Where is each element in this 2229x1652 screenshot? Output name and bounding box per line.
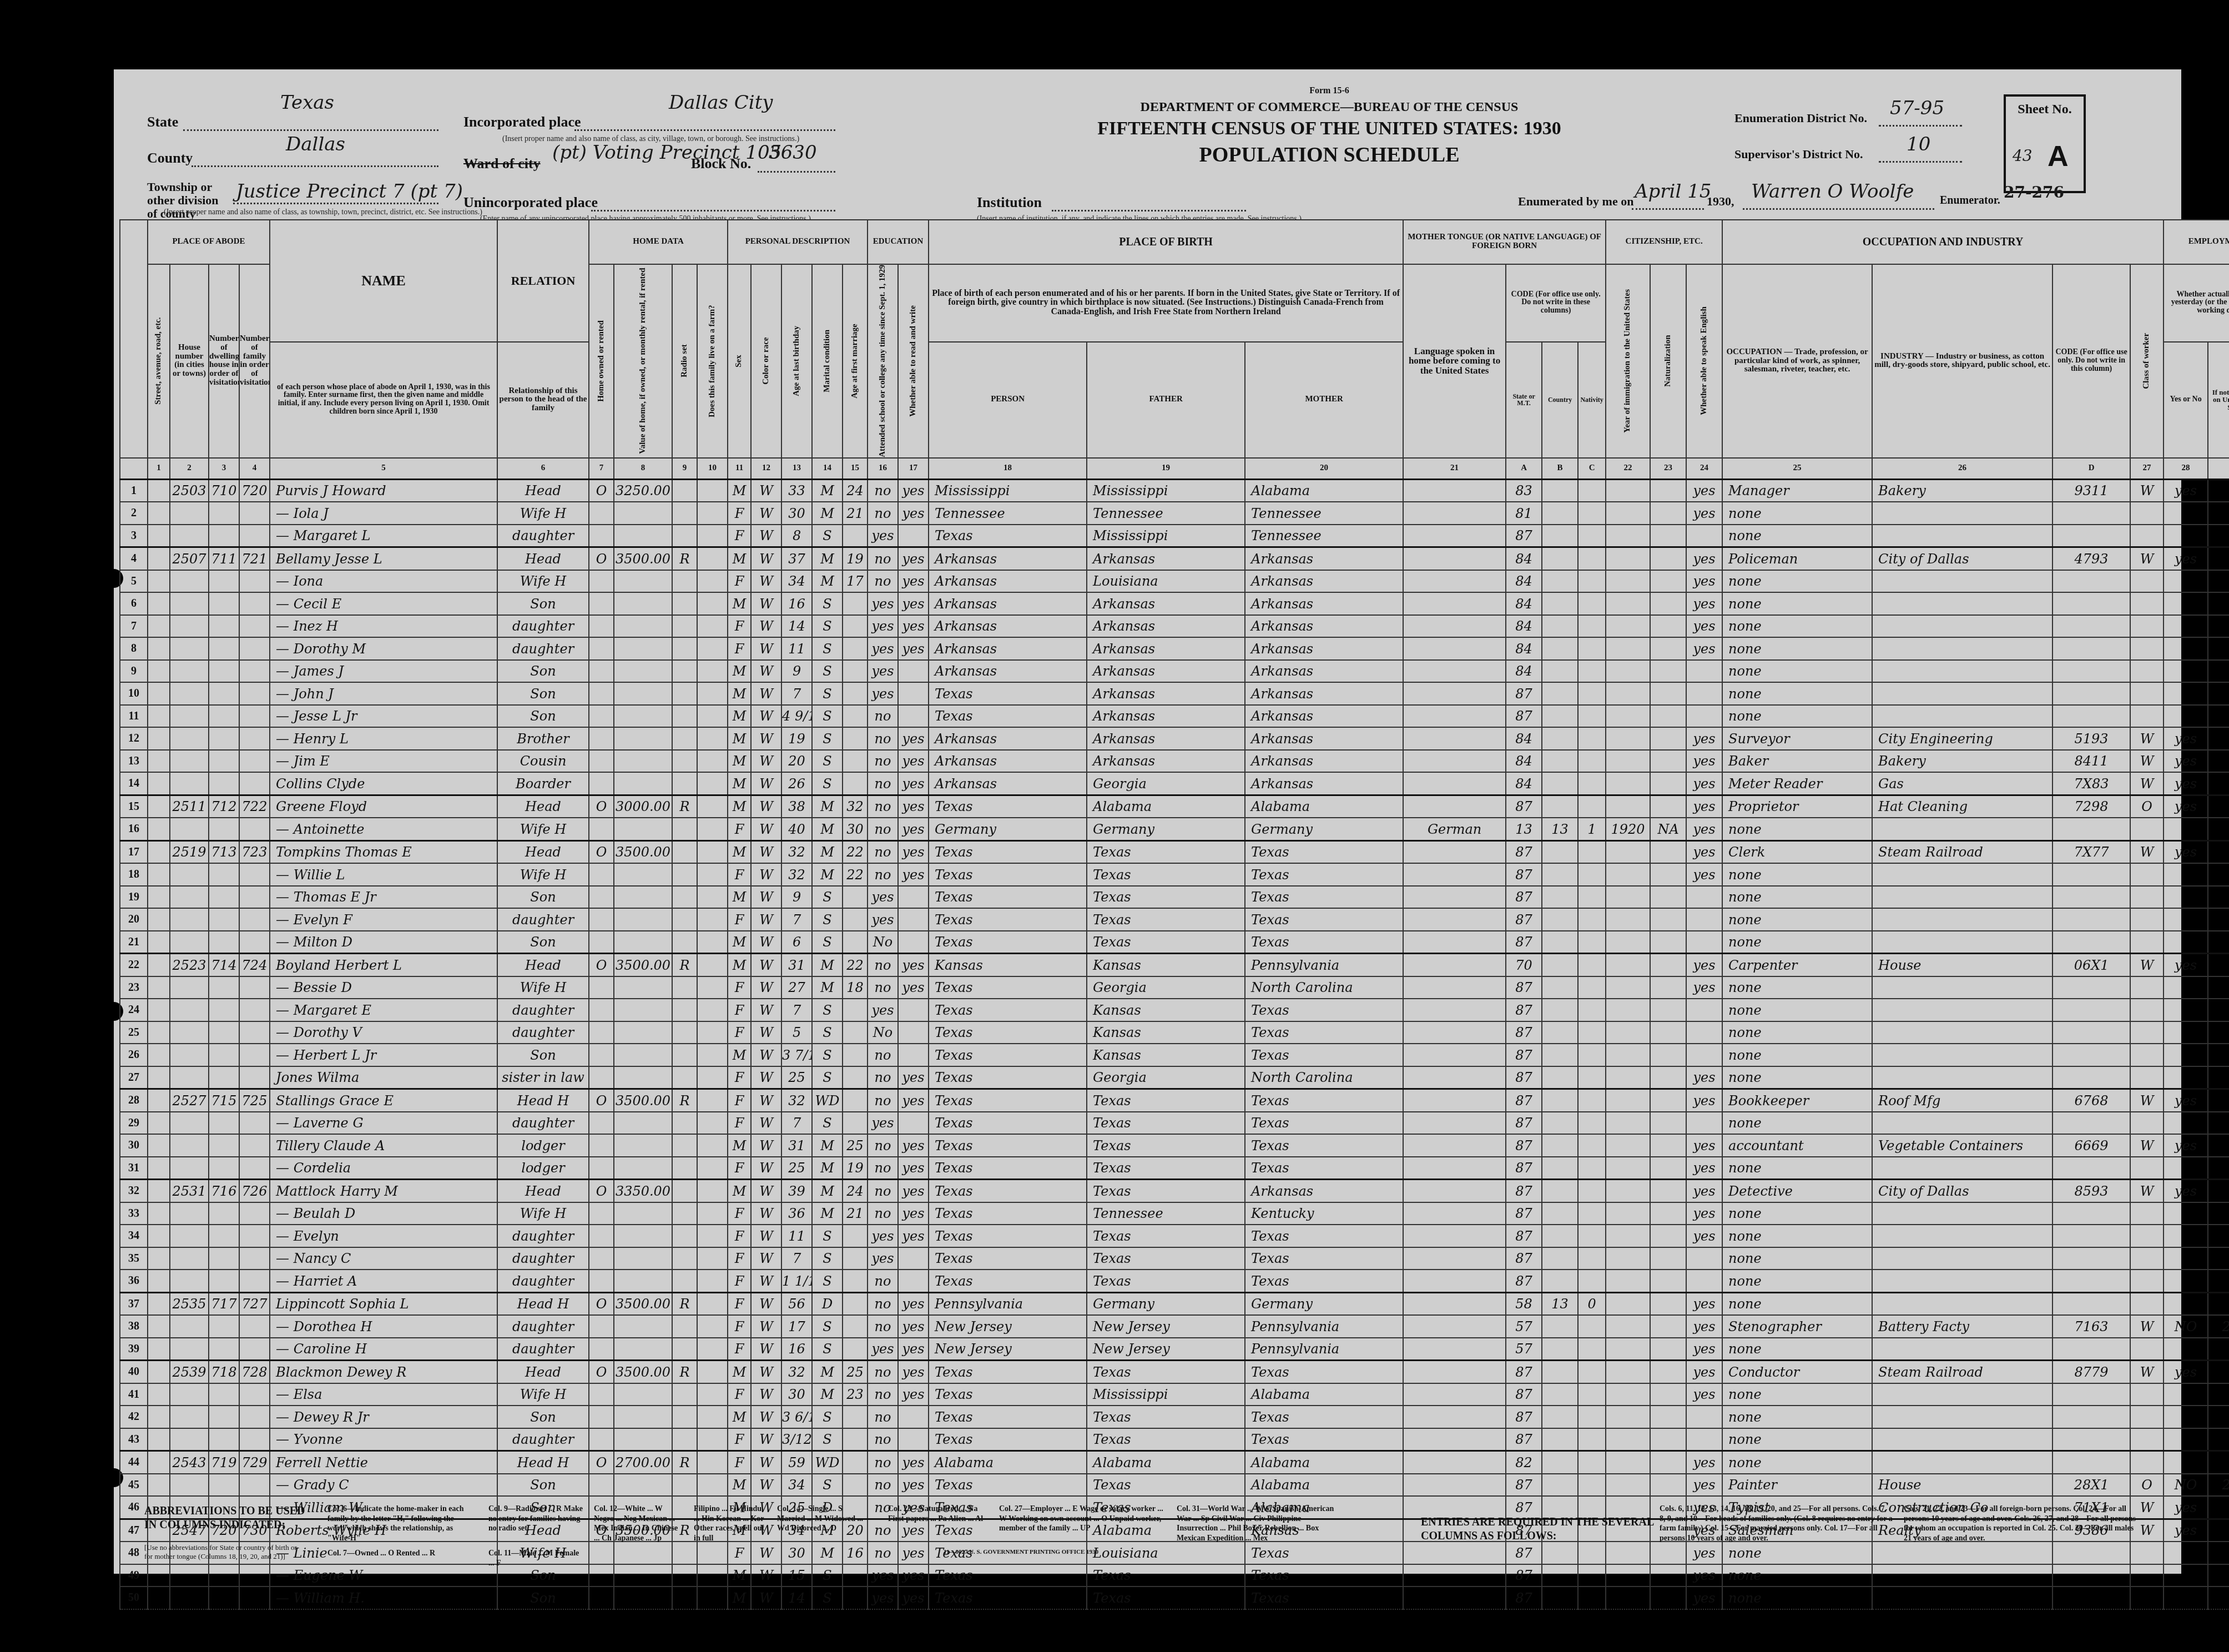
mother-tongue	[1403, 772, 1506, 795]
birthplace-person: Texas	[929, 1134, 1087, 1157]
code-b	[1542, 682, 1578, 705]
house-number	[170, 1564, 209, 1587]
birthplace-person: Texas	[929, 1202, 1087, 1225]
school-attendance: no	[868, 1383, 898, 1406]
line-number: 47	[120, 1519, 148, 1542]
naturalization	[1650, 570, 1686, 593]
immigration-year	[1606, 1089, 1650, 1112]
race: W	[751, 1134, 781, 1157]
home-value	[614, 660, 672, 683]
birthplace-father: Arkansas	[1087, 682, 1245, 705]
column-number: 4	[239, 458, 270, 480]
speaks-english	[1686, 660, 1722, 683]
race: W	[751, 1586, 781, 1609]
at-work	[2164, 931, 2208, 954]
industry: Bakery	[1872, 479, 2053, 502]
race: W	[751, 682, 781, 705]
literacy: yes	[898, 1383, 929, 1406]
code-a: 87	[1506, 1428, 1542, 1451]
birthplace-mother: Texas	[1245, 1157, 1403, 1180]
radio-set	[672, 502, 697, 525]
empty-cell	[697, 682, 728, 705]
sex: M	[728, 1180, 751, 1202]
line-number: 34	[120, 1225, 148, 1247]
race: W	[751, 886, 781, 909]
occupation-code	[2053, 999, 2130, 1021]
marital-status: M	[812, 1202, 843, 1225]
immigration-year	[1606, 660, 1650, 683]
marital-status: S	[812, 908, 843, 931]
class-of-worker	[2130, 1247, 2164, 1270]
speaks-english: yes	[1686, 727, 1722, 750]
code-b	[1542, 840, 1578, 863]
unincorporated-label: Unincorporated place	[463, 194, 598, 211]
code-b	[1542, 1225, 1578, 1247]
empty-cell	[148, 1338, 170, 1361]
relationship: Cousin	[497, 750, 589, 773]
age-at-marriage: 24	[843, 1180, 868, 1202]
age-at-marriage	[843, 1338, 868, 1361]
age-at-marriage: 17	[843, 570, 868, 593]
literacy: yes	[898, 772, 929, 795]
house-number	[170, 570, 209, 593]
class-of-worker: W	[2130, 1180, 2164, 1202]
school-attendance: no	[868, 1157, 898, 1180]
race: W	[751, 908, 781, 931]
birthplace-father: Arkansas	[1087, 660, 1245, 683]
empty-cell	[697, 1451, 728, 1474]
age: 39	[781, 1180, 812, 1202]
at-work	[2164, 863, 2208, 886]
col-industry: INDUSTRY — Industry or business, as cott…	[1872, 264, 2053, 458]
birthplace-person: Texas	[929, 705, 1087, 728]
code-b	[1542, 1021, 1578, 1044]
speaks-english: yes	[1686, 1361, 1722, 1383]
home-value: 3350.00	[614, 1180, 672, 1202]
age: 32	[781, 1089, 812, 1112]
birthplace-mother: Texas	[1245, 931, 1403, 954]
age-at-marriage	[843, 1474, 868, 1497]
column-number: 24	[1686, 458, 1722, 480]
col-at-work: Yes or No	[2164, 342, 2208, 458]
house-number	[170, 772, 209, 795]
dwelling-number	[209, 1112, 239, 1135]
home-tenure	[589, 592, 614, 615]
occupation-code	[2053, 525, 2130, 547]
birthplace-person: Texas	[929, 1428, 1087, 1451]
home-tenure: O	[589, 1292, 614, 1315]
marital-status: S	[812, 525, 843, 547]
birthplace-mother: Arkansas	[1245, 592, 1403, 615]
unemployment-line	[2208, 682, 2229, 705]
home-tenure	[589, 1428, 614, 1451]
marital-status: S	[812, 1315, 843, 1338]
race: W	[751, 1315, 781, 1338]
unemployment-line	[2208, 931, 2229, 954]
at-work	[2164, 1292, 2208, 1315]
code-a: 87	[1506, 1157, 1542, 1180]
code-a: 87	[1506, 1225, 1542, 1247]
house-number: 2503	[170, 479, 209, 502]
column-number: 1	[148, 458, 170, 480]
race: W	[751, 1157, 781, 1180]
code-c	[1578, 908, 1606, 931]
speaks-english: yes	[1686, 795, 1722, 818]
relationship: daughter	[497, 637, 589, 660]
naturalization	[1650, 705, 1686, 728]
birthplace-person: Texas	[929, 1270, 1087, 1292]
occupation: Stenographer	[1722, 1315, 1872, 1338]
birthplace-father: Texas	[1087, 1564, 1245, 1587]
family-number	[239, 705, 270, 728]
at-work	[2164, 592, 2208, 615]
house-number: 2527	[170, 1089, 209, 1112]
line-number: 10	[120, 682, 148, 705]
at-work	[2164, 999, 2208, 1021]
line-number: 36	[120, 1270, 148, 1292]
birthplace-person: Texas	[929, 840, 1087, 863]
immigration-year	[1606, 750, 1650, 773]
home-value: 2700.00	[614, 1451, 672, 1474]
empty-cell	[148, 750, 170, 773]
line-number: 19	[120, 886, 148, 909]
group-education: EDUCATION	[868, 220, 929, 264]
speaks-english	[1686, 1428, 1722, 1451]
mother-tongue	[1403, 1292, 1506, 1315]
age: 27	[781, 976, 812, 999]
naturalization	[1650, 931, 1686, 954]
race: W	[751, 931, 781, 954]
dwelling-number	[209, 1247, 239, 1270]
home-value	[614, 1338, 672, 1361]
house-number: 2543	[170, 1451, 209, 1474]
school-attendance: yes	[868, 637, 898, 660]
literacy: yes	[898, 1066, 929, 1089]
birthplace-person: New Jersey	[929, 1338, 1087, 1361]
birthplace-mother: Kentucky	[1245, 1202, 1403, 1225]
code-a: 87	[1506, 1474, 1542, 1497]
school-attendance: no	[868, 954, 898, 976]
employment-note: Whether actually at work yesterday (or t…	[2164, 264, 2229, 342]
class-of-worker	[2130, 705, 2164, 728]
literacy: yes	[898, 1361, 929, 1383]
home-value	[614, 1202, 672, 1225]
immigration-year	[1606, 1044, 1650, 1066]
group-citizenship: CITIZENSHIP, ETC.	[1606, 220, 1722, 264]
birthplace-person: Germany	[929, 818, 1087, 840]
person-name: Purvis J Howard	[270, 479, 497, 502]
speaks-english	[1686, 908, 1722, 931]
line-number: 21	[120, 931, 148, 954]
group-relation: RELATION	[497, 220, 589, 342]
speaks-english	[1686, 1044, 1722, 1066]
home-tenure	[589, 886, 614, 909]
birthplace-father: Arkansas	[1087, 727, 1245, 750]
dwelling-number: 719	[209, 1451, 239, 1474]
relationship: daughter	[497, 1247, 589, 1270]
person-name: Ferrell Nettie	[270, 1451, 497, 1474]
literacy: yes	[898, 976, 929, 999]
occupation: none	[1722, 1451, 1872, 1474]
at-work: yes	[2164, 772, 2208, 795]
radio-set	[672, 637, 697, 660]
mother-tongue	[1403, 1361, 1506, 1383]
empty-cell	[148, 1134, 170, 1157]
birthplace-person: New Jersey	[929, 1315, 1087, 1338]
unemployment-line	[2208, 1338, 2229, 1361]
sex: F	[728, 818, 751, 840]
age-at-marriage	[843, 682, 868, 705]
family-number	[239, 863, 270, 886]
code-b	[1542, 1089, 1578, 1112]
naturalization	[1650, 795, 1686, 818]
unemployment-line	[2208, 570, 2229, 593]
age-at-marriage	[843, 1586, 868, 1609]
home-value	[614, 1542, 672, 1564]
county-label: County	[147, 150, 193, 167]
code-b	[1542, 525, 1578, 547]
naturalization	[1650, 1066, 1686, 1089]
immigration-year	[1606, 1202, 1650, 1225]
col-sex: Sex	[728, 264, 751, 458]
family-number	[239, 1270, 270, 1292]
unemployment-line	[2208, 999, 2229, 1021]
home-value	[614, 1564, 672, 1587]
at-work	[2164, 1586, 2208, 1609]
mother-tongue	[1403, 1134, 1506, 1157]
immigration-year	[1606, 1338, 1650, 1361]
speaks-english: yes	[1686, 818, 1722, 840]
code-b	[1542, 1112, 1578, 1135]
family-number	[239, 1428, 270, 1451]
race: W	[751, 1225, 781, 1247]
literacy: yes	[898, 1564, 929, 1587]
mother-tongue	[1403, 840, 1506, 863]
age-at-marriage	[843, 999, 868, 1021]
home-value: 3500.00	[614, 954, 672, 976]
person-name: — Dewey R Jr	[270, 1406, 497, 1428]
school-attendance: no	[868, 479, 898, 502]
home-tenure	[589, 1134, 614, 1157]
immigration-year	[1606, 1157, 1650, 1180]
sex: F	[728, 1428, 751, 1451]
house-number	[170, 1044, 209, 1066]
birthplace-mother: Texas	[1245, 1361, 1403, 1383]
sex: M	[728, 840, 751, 863]
birthplace-father: Arkansas	[1087, 547, 1245, 570]
age-at-marriage	[843, 1044, 868, 1066]
industry	[1872, 1338, 2053, 1361]
code-b	[1542, 931, 1578, 954]
speaks-english	[1686, 1021, 1722, 1044]
marital-status: S	[812, 727, 843, 750]
occupation: none	[1722, 592, 1872, 615]
home-tenure: O	[589, 1451, 614, 1474]
code-a: 84	[1506, 547, 1542, 570]
immigration-year	[1606, 1428, 1650, 1451]
unemployment-line	[2208, 1383, 2229, 1406]
birthplace-person: Texas	[929, 1247, 1087, 1270]
birthplace-father: Texas	[1087, 886, 1245, 909]
abbrev-col12b: Filipino ... Fil Hindu ... Hin Korean ..…	[694, 1504, 766, 1543]
literacy	[898, 525, 929, 547]
industry: City of Dallas	[1872, 547, 2053, 570]
industry	[1872, 999, 2053, 1021]
table-row: 25— Dorothy VdaughterFW5SNoTexasKansasTe…	[120, 1021, 2229, 1044]
col-code-a: State or M.T.	[1506, 342, 1542, 458]
dwelling-number: 711	[209, 547, 239, 570]
speaks-english: yes	[1686, 863, 1722, 886]
person-name: — James J	[270, 660, 497, 683]
empty-cell	[697, 705, 728, 728]
industry: Steam Railroad	[1872, 840, 2053, 863]
immigration-year	[1606, 615, 1650, 638]
immigration-year	[1606, 908, 1650, 931]
empty-cell	[148, 818, 170, 840]
code-c	[1578, 795, 1606, 818]
industry	[1872, 1428, 2053, 1451]
dwelling-number	[209, 908, 239, 931]
occupation: none	[1722, 705, 1872, 728]
code-c	[1578, 954, 1606, 976]
unemployment-line	[2208, 1202, 2229, 1225]
table-row: 35— Nancy CdaughterFW7SyesTexasTexasTexa…	[120, 1247, 2229, 1270]
immigration-year	[1606, 570, 1650, 593]
occupation-code	[2053, 660, 2130, 683]
birthplace-person: Texas	[929, 908, 1087, 931]
immigration-year	[1606, 795, 1650, 818]
empty-cell	[697, 1180, 728, 1202]
line-number: 38	[120, 1315, 148, 1338]
speaks-english: yes	[1686, 570, 1722, 593]
table-row: 13— Jim ECousinMW20SnoyesArkansasArkansa…	[120, 750, 2229, 773]
person-name: — Milton D	[270, 931, 497, 954]
literacy: yes	[898, 1225, 929, 1247]
immigration-year	[1606, 1451, 1650, 1474]
birthplace-person: Texas	[929, 682, 1087, 705]
code-b	[1542, 1428, 1578, 1451]
empty-cell	[148, 1021, 170, 1044]
industry	[1872, 570, 2053, 593]
industry	[1872, 886, 2053, 909]
col-street: Street, avenue, road, etc.	[148, 264, 170, 458]
code-c	[1578, 976, 1606, 999]
sex: F	[728, 1315, 751, 1338]
dwelling-number	[209, 999, 239, 1021]
naturalization	[1650, 1134, 1686, 1157]
age: 25	[781, 1066, 812, 1089]
col-occupation: OCCUPATION — Trade, profession, or parti…	[1722, 264, 1872, 458]
marital-status: S	[812, 886, 843, 909]
age-at-marriage	[843, 525, 868, 547]
birthplace-mother: Texas	[1245, 908, 1403, 931]
birthplace-mother: Tennessee	[1245, 525, 1403, 547]
race: W	[751, 592, 781, 615]
marital-status: M	[812, 547, 843, 570]
marital-status: WD	[812, 1451, 843, 1474]
family-number: 725	[239, 1089, 270, 1112]
birthplace-person: Mississippi	[929, 479, 1087, 502]
at-work: yes	[2164, 954, 2208, 976]
abbrev-col12: Col. 12—White ... W Negro ... Neg Mexica…	[594, 1504, 683, 1543]
occupation: none	[1722, 1564, 1872, 1587]
age: 14	[781, 1586, 812, 1609]
family-number	[239, 1315, 270, 1338]
code-b	[1542, 1586, 1578, 1609]
race: W	[751, 795, 781, 818]
birthplace-mother: Texas	[1245, 1134, 1403, 1157]
empty-cell	[697, 1292, 728, 1315]
abbrev-col23: Col. 23—Naturalized ... Na First papers …	[888, 1504, 988, 1524]
marital-status: S	[812, 1338, 843, 1361]
mother-tongue	[1403, 727, 1506, 750]
empty-cell	[697, 1383, 728, 1406]
literacy: yes	[898, 502, 929, 525]
incorporated-value: Dallas City	[669, 92, 773, 114]
sex: F	[728, 976, 751, 999]
immigration-year	[1606, 1225, 1650, 1247]
empty-cell	[148, 1406, 170, 1428]
literacy: yes	[898, 795, 929, 818]
code-c	[1578, 863, 1606, 886]
birthplace-mother: North Carolina	[1245, 1066, 1403, 1089]
marital-status: M	[812, 976, 843, 999]
at-work	[2164, 1451, 2208, 1474]
birthplace-father: Georgia	[1087, 1066, 1245, 1089]
dwelling-number	[209, 592, 239, 615]
code-a: 87	[1506, 1542, 1542, 1564]
class-of-worker	[2130, 1451, 2164, 1474]
empty-cell	[148, 863, 170, 886]
group-employment: EMPLOYMENT	[2164, 220, 2229, 264]
home-value	[614, 637, 672, 660]
industry	[1872, 1225, 2053, 1247]
col-birth-mother: MOTHER	[1245, 342, 1403, 458]
birthplace-person: Texas	[929, 1586, 1087, 1609]
person-name: — John J	[270, 682, 497, 705]
empty-cell	[148, 705, 170, 728]
race: W	[751, 1202, 781, 1225]
at-work	[2164, 1383, 2208, 1406]
marital-status: S	[812, 999, 843, 1021]
dwelling-number	[209, 931, 239, 954]
person-name: — Eugene W	[270, 1564, 497, 1587]
township-note: (Insert proper name and also name of cla…	[164, 208, 482, 217]
empty-cell	[697, 1586, 728, 1609]
birthplace-mother: Arkansas	[1245, 637, 1403, 660]
at-work: NO	[2164, 1315, 2208, 1338]
literacy: yes	[898, 479, 929, 502]
empty-cell	[697, 525, 728, 547]
person-name: — Willie L	[270, 863, 497, 886]
relationship: Son	[497, 1586, 589, 1609]
marital-status: S	[812, 1021, 843, 1044]
table-row: 38— Dorothea HdaughterFW17SnoyesNew Jers…	[120, 1315, 2229, 1338]
code-b	[1542, 1383, 1578, 1406]
age-at-marriage: 24	[843, 479, 868, 502]
race: W	[751, 705, 781, 728]
code-b	[1542, 727, 1578, 750]
house-number	[170, 1428, 209, 1451]
dwelling-number	[209, 637, 239, 660]
occupation-code	[2053, 570, 2130, 593]
marital-status: S	[812, 1044, 843, 1066]
code-c	[1578, 1066, 1606, 1089]
group-home: HOME DATA	[589, 220, 728, 264]
radio-set	[672, 1383, 697, 1406]
family-number: 726	[239, 1180, 270, 1202]
marital-status: S	[812, 1270, 843, 1292]
